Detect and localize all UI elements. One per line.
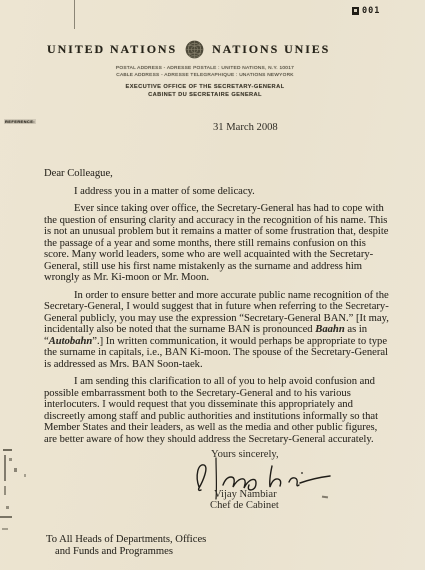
- cable-address-line: CABLE ADDRESS - ADRESSE TELEGRAPHIQUE : …: [55, 72, 355, 79]
- document-icon: [352, 7, 359, 15]
- scan-artifact: [6, 506, 9, 509]
- fax-page-stamp: 001: [352, 6, 380, 16]
- office-line-english: EXECUTIVE OFFICE OF THE SECRETARY-GENERA…: [55, 84, 355, 92]
- scan-artifact: [0, 516, 12, 518]
- signer-title: Chef de Cabinet: [210, 500, 279, 511]
- scan-artifact: [14, 468, 17, 472]
- scan-artifact: [3, 449, 12, 451]
- recipient-block: To All Heads of Departments, Offices and…: [46, 534, 206, 558]
- recipient-line-1: To All Heads of Departments, Offices: [46, 534, 206, 546]
- paragraph-2: Ever since taking over office, the Secre…: [44, 203, 389, 284]
- fax-page-number: 001: [362, 6, 380, 16]
- paragraph-3: In order to ensure better and more accur…: [44, 290, 389, 371]
- scan-artifact: [9, 458, 12, 461]
- office-line-french: CABINET DU SECRETAIRE GENERAL: [55, 92, 355, 100]
- scan-artifact: [24, 474, 26, 477]
- salutation: Dear Colleague,: [44, 168, 389, 180]
- postal-address-line: POSTAL ADDRESS - ADRESSE POSTALE : UNITE…: [55, 65, 355, 72]
- letter-body: Dear Colleague, I address you in a matte…: [44, 168, 389, 445]
- letterhead: UNITED NATIONS NATIONS UNIES: [47, 39, 330, 60]
- scan-artifact: [4, 486, 6, 495]
- org-name-french: NATIONS UNIES: [212, 42, 330, 57]
- letterhead-address: POSTAL ADDRESS - ADRESSE POSTALE : UNITE…: [55, 65, 355, 79]
- paragraph-1: I address you in a matter of some delica…: [44, 186, 389, 198]
- scan-artifact: [74, 0, 75, 29]
- scan-artifact: [2, 528, 8, 530]
- letterhead-office: EXECUTIVE OFFICE OF THE SECRETARY-GENERA…: [55, 84, 355, 99]
- recipient-line-2: and Funds and Programmes: [46, 546, 206, 558]
- un-emblem-icon: [184, 39, 205, 60]
- scan-artifact: [4, 455, 6, 481]
- org-name-english: UNITED NATIONS: [47, 42, 177, 57]
- letter-page: 001 UNITED NATIONS NATIONS UNIES POSTAL …: [0, 0, 425, 570]
- letter-date: 31 March 2008: [213, 122, 278, 133]
- paragraph-4: I am sending this clarification to all o…: [44, 376, 389, 445]
- signer-name: Vijay Nambiar: [214, 489, 277, 500]
- reference-label: REFERENCE:: [4, 119, 36, 124]
